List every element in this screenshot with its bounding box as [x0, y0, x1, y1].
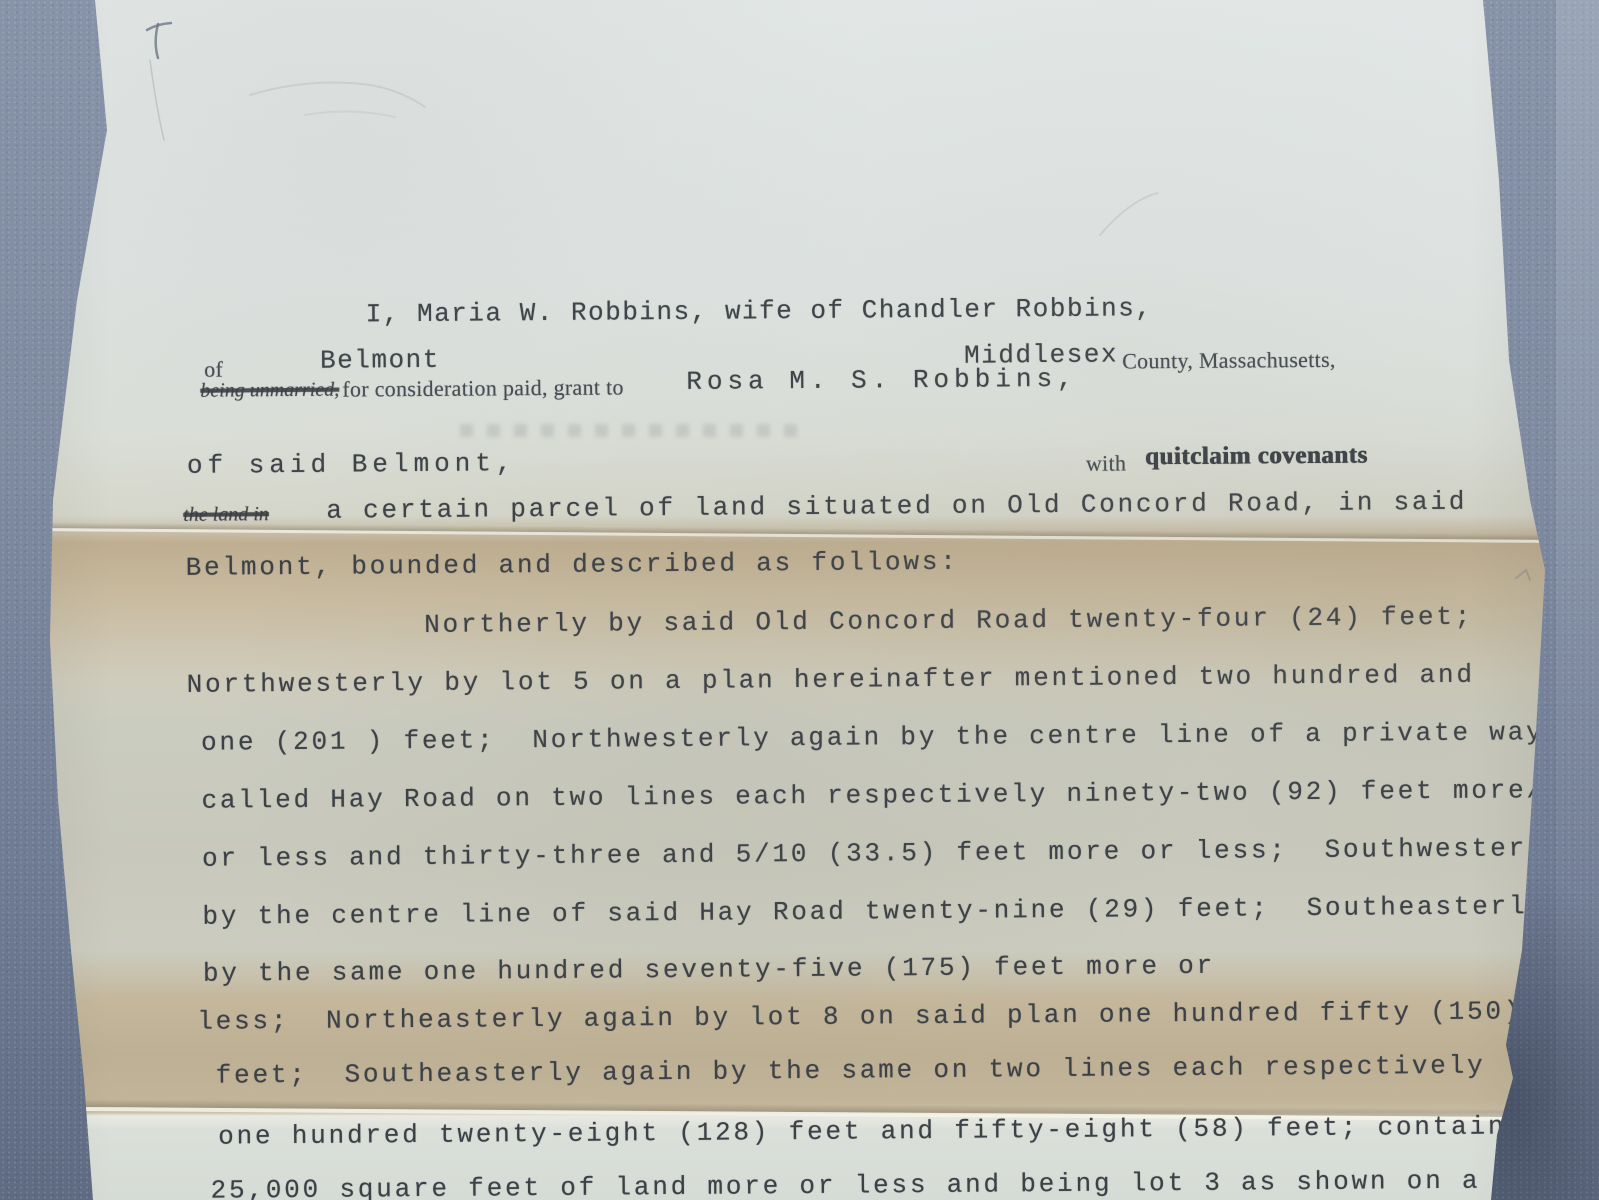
text-segment: called Hay Road on two lines each respec…	[201, 775, 1545, 816]
document-text-layer: I, Maria W. Robbins, wife of Chandler Ro…	[0, 0, 1599, 1200]
text-segment: Northerly by said Old Concord Road twent…	[424, 602, 1473, 640]
document-line: Northerly by said Old Concord Road twent…	[0, 601, 1599, 614]
text-segment: quitclaim covenants	[1145, 442, 1368, 472]
text-segment: County, Massachusetts,	[1122, 347, 1336, 375]
document-line: less; Northeasterly again by lot 8 on sa…	[3, 996, 1599, 1009]
document-line: by the same one hundred seventy-five (17…	[3, 948, 1599, 961]
document-line: called Hay Road on two lines each respec…	[1, 775, 1599, 788]
text-segment: by the centre line of said Hay Road twen…	[202, 891, 1546, 932]
document-line: ofBelmontMiddlesexCounty, Massachusetts,	[0, 336, 1597, 349]
document-line: or less and thirty-three and 5/10 (33.5)…	[2, 833, 1599, 846]
text-segment: for consideration paid, grant to	[342, 374, 624, 402]
text-segment: Belmont	[320, 345, 440, 376]
text-segment: a certain parcel of land situated on Old…	[326, 487, 1467, 526]
text-segment: one (201 ) feet; Northwesterly again by …	[201, 717, 1545, 758]
deed-paper: I, Maria W. Robbins, wife of Chandler Ro…	[0, 0, 1599, 1200]
fold-crease-lower	[0, 1106, 1599, 1121]
text-segment: Rosa M. S. Robbins,	[686, 364, 1078, 397]
text-segment: I, Maria W. Robbins, wife of Chandler Ro…	[366, 293, 1153, 329]
pencil-marks	[0, 0, 1599, 1200]
text-segment: of	[204, 357, 223, 383]
text-segment: Belmont, bounded and described as follow…	[186, 547, 959, 583]
fold-crease-lower-shadow	[0, 1098, 1599, 1117]
document-line: feet; Southeasterly again by the same on…	[4, 1050, 1599, 1063]
text-segment: the land in	[183, 503, 269, 527]
document-line: Belmont, bounded and described as follow…	[0, 542, 1599, 555]
document-line: Northwesterly by lot 5 on a plan hereina…	[1, 659, 1599, 672]
text-segment: by the same one hundred seventy-five (17…	[203, 951, 1215, 989]
document-line: I, Maria W. Robbins, wife of Chandler Ro…	[0, 290, 1597, 303]
document-line: being unmarried,for consideration paid, …	[0, 360, 1597, 373]
document-line: the land ina certain parcel of land situ…	[0, 486, 1598, 499]
document-line: of said Belmont,withquitclaim covenants	[0, 440, 1598, 453]
background-highlight	[1556, 0, 1599, 1200]
text-segment: Middlesex	[964, 339, 1118, 370]
text-segment: less; Northeasterly again by lot 8 on sa…	[197, 996, 1522, 1036]
fold-crease-upper	[0, 528, 1599, 544]
text-segment: or less and thirty-three and 5/10 (33.5)…	[202, 833, 1564, 874]
document-line: one hundred twenty-eight (128) feet and …	[4, 1111, 1599, 1124]
text-segment: being unmarried,	[200, 379, 339, 403]
text-segment: with	[1086, 450, 1127, 476]
text-segment: one hundred twenty-eight (128) feet and …	[218, 1111, 1562, 1152]
pencil-scribble	[250, 83, 1530, 580]
document-line: one (201 ) feet; Northwesterly again by …	[1, 717, 1599, 730]
text-segment: 25,000 square feet of land more or less …	[211, 1166, 1481, 1200]
document-photo: I, Maria W. Robbins, wife of Chandler Ro…	[0, 0, 1599, 1200]
fold-crease-upper-shadow	[0, 522, 1599, 541]
pencil-t-mark	[147, 23, 171, 140]
text-segment: Northwesterly by lot 5 on a plan hereina…	[187, 660, 1475, 700]
document-line: by the centre line of said Hay Road twen…	[2, 891, 1599, 904]
erased-typing-smudge	[460, 424, 800, 437]
document-line: 25,000 square feet of land more or less …	[5, 1165, 1599, 1178]
text-segment: feet; Southeasterly again by the same on…	[216, 1051, 1486, 1091]
text-segment: of said Belmont,	[187, 448, 517, 481]
